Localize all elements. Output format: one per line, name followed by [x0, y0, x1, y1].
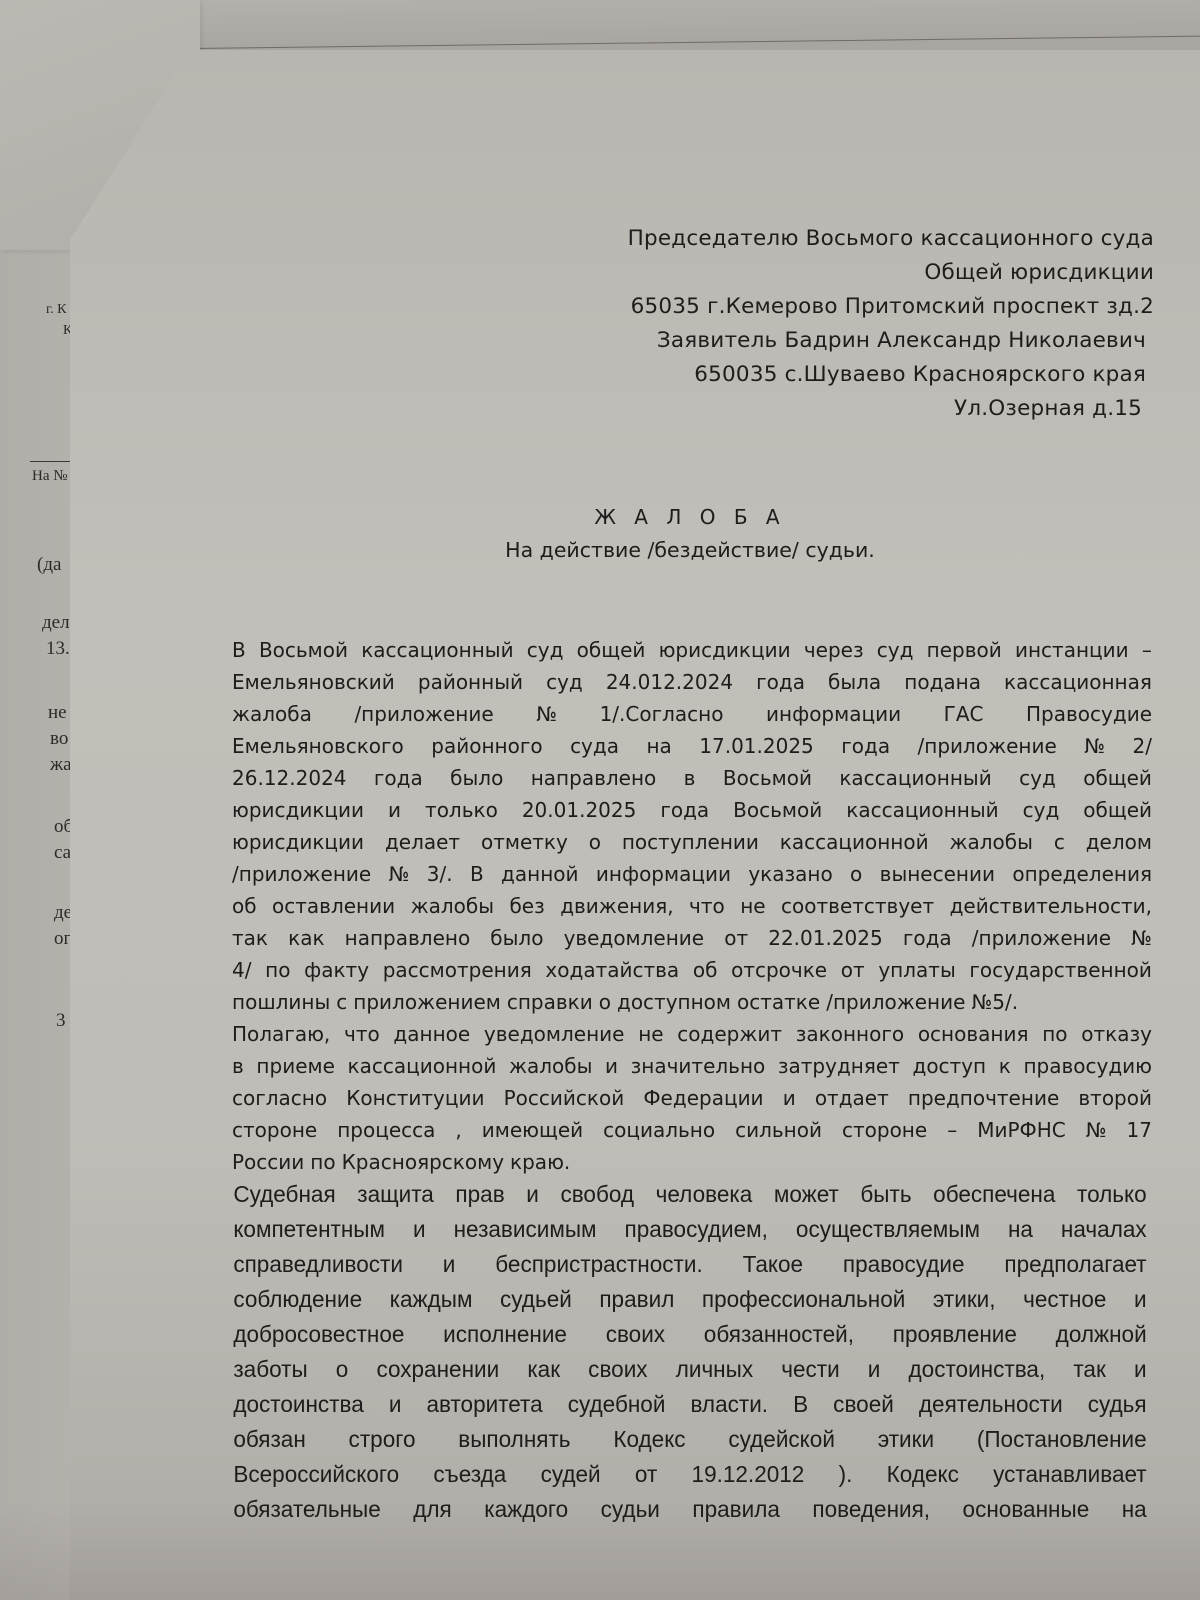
word: направлено: [345, 922, 471, 954]
addressee-line: Ул.Озерная д.15: [534, 392, 1142, 426]
word: направлено: [531, 762, 657, 794]
word: рассмотрения: [383, 954, 532, 986]
word: суда: [570, 730, 619, 762]
word: и: [526, 1177, 539, 1212]
word: уведомление: [564, 922, 705, 954]
text-line: юрисдикцииитолько20.01.2025годаВосьмойка…: [232, 794, 1152, 826]
word: не: [638, 1018, 663, 1050]
word: началах: [1061, 1212, 1147, 1247]
text-line: жалоба/приложение№1/.СогласноинформацииГ…: [232, 698, 1152, 730]
word: как: [288, 922, 324, 954]
word: сильной: [735, 1114, 822, 1146]
word: кассационной: [348, 1050, 497, 1082]
word: без: [509, 890, 544, 922]
word: /приложение: [354, 698, 493, 730]
word: выполнять: [458, 1422, 570, 1457]
word: юрисдикции: [232, 826, 364, 858]
word: оставлении: [272, 890, 395, 922]
word: №: [536, 698, 557, 730]
word: честное: [1023, 1282, 1106, 1317]
text-line: справедливостиибеспристрастности.Такоепр…: [233, 1247, 1146, 1282]
word: общей: [1083, 762, 1152, 794]
word: доступном: [617, 986, 731, 1018]
text-line: юрисдикцииделаетотметкуопоступлениикасса…: [232, 826, 1152, 858]
word: отметку: [481, 826, 568, 858]
word: Всероссийского: [233, 1457, 399, 1492]
text-line: РоссиипоКрасноярскомукраю.: [232, 1146, 1152, 1178]
addressee-line: 650035 с.Шуваево Красноярского края: [534, 358, 1146, 392]
text-line: согласноКонституцииРоссийскойФедерацииио…: [232, 1082, 1152, 1114]
word: только: [1077, 1177, 1147, 1212]
word: имеющей: [482, 1114, 583, 1146]
text-line: заботыосохранениикаксвоихличныхчестиидос…: [233, 1352, 1146, 1387]
word: о: [599, 986, 611, 1018]
word: было: [490, 922, 543, 954]
word: России: [232, 1146, 304, 1178]
word: факту: [304, 954, 369, 986]
word: инстанции: [1015, 634, 1129, 666]
word: устанавливает: [993, 1457, 1146, 1492]
word: должной: [1056, 1317, 1147, 1352]
word: Кодекс: [613, 1422, 685, 1457]
text-line: ВВосьмойкассационныйсудобщейюрисдикцииче…: [232, 634, 1152, 666]
word: 24.012.2024: [606, 666, 733, 698]
addressee-line: 65035 г.Кемерово Притомский проспект зд.…: [534, 290, 1154, 324]
word: чести: [781, 1352, 839, 1387]
word: –: [947, 1114, 957, 1146]
text-line: 4/пофактурассмотренияходатайстваоботсроч…: [232, 954, 1152, 986]
word: и: [868, 1352, 881, 1387]
word: содержит: [677, 1018, 782, 1050]
word: государственной: [969, 954, 1151, 986]
text-line: вприемекассационнойжалобыизначительнозат…: [232, 1050, 1152, 1082]
word: Конституции: [346, 1082, 484, 1114]
word: по: [1042, 1018, 1067, 1050]
word: по: [310, 1146, 335, 1178]
word: заботы: [233, 1352, 307, 1387]
word: /приложение: [918, 730, 1057, 762]
word: отдает: [815, 1082, 889, 1114]
word: подана: [904, 666, 981, 698]
word: кассационный: [839, 762, 991, 794]
word: указано: [748, 858, 832, 890]
word: было: [450, 762, 503, 794]
paragraph-2: Судебнаязащитаправисвободчеловекаможетбы…: [224, 1177, 1156, 1527]
document-subtitle: На действие /бездействие/ судьи.: [0, 538, 1200, 562]
word: так: [1073, 1352, 1105, 1387]
word: 17: [1127, 1114, 1152, 1146]
complaint-document: Председателю Восьмого кассационного суда…: [0, 0, 1200, 1600]
word: и: [783, 1082, 796, 1114]
word: соблюдение: [233, 1282, 362, 1317]
page-shadow: [0, 1500, 1200, 1600]
word: 22.01.2025: [768, 922, 883, 954]
word: о: [850, 858, 862, 890]
word: через: [804, 634, 864, 666]
text-line: таккакнаправленобылоуведомлениеот22.01.2…: [232, 922, 1152, 954]
word: социально: [603, 1114, 715, 1146]
word: правосудие: [843, 1247, 965, 1282]
word: суд: [1019, 762, 1056, 794]
word: суд: [1023, 794, 1060, 826]
paragraph-1: ВВосьмойкассационныйсудобщейюрисдикцииче…: [232, 634, 1152, 1178]
text-line: достоинстваиавторитетасудебнойвласти.Всв…: [233, 1387, 1146, 1422]
word: сохранении: [376, 1352, 499, 1387]
word: жалобы: [411, 890, 494, 922]
word: как: [527, 1352, 560, 1387]
word: года: [903, 922, 952, 954]
word: №: [1131, 922, 1152, 954]
word: от: [841, 954, 865, 986]
word: что: [344, 1018, 380, 1050]
word: первой: [927, 634, 1002, 666]
word: своих: [606, 1317, 665, 1352]
word: вынесении: [880, 858, 995, 890]
word: 17.01.2025: [699, 730, 814, 762]
word: 1/.Согласно: [600, 698, 724, 730]
word: от: [635, 1457, 657, 1492]
word: Емельяновский: [232, 666, 395, 698]
word: и: [443, 1247, 456, 1282]
word: действительности,: [950, 890, 1152, 922]
word: человека: [656, 1177, 753, 1212]
word: –: [1142, 634, 1152, 666]
word: компетентным: [233, 1212, 385, 1247]
word: затрудняет: [778, 1050, 900, 1082]
word: и: [1134, 1282, 1147, 1317]
word: Восьмой: [723, 762, 812, 794]
word: быть: [860, 1177, 911, 1212]
word: уплаты: [878, 954, 955, 986]
word: суд: [527, 634, 564, 666]
word: юрисдикции: [659, 634, 791, 666]
text-line: добросовестноеисполнениесвоихобязанносте…: [233, 1317, 1146, 1352]
word: приеме: [256, 1050, 334, 1082]
word: обеспечена: [933, 1177, 1055, 1212]
word: второй: [1078, 1082, 1152, 1114]
word: процесса: [337, 1114, 435, 1146]
word: судьей: [500, 1282, 572, 1317]
word: №: [1084, 730, 1105, 762]
word: общей: [1083, 794, 1152, 826]
word: ).: [839, 1457, 853, 1492]
word: и: [605, 1050, 618, 1082]
word: своих: [588, 1352, 647, 1387]
text-line: /приложение№3/.Вданнойинформацииуказаноо…: [232, 858, 1152, 890]
word: с: [1054, 826, 1065, 858]
word: года: [841, 730, 890, 762]
text-line: 26.12.2024годабылонаправленовВосьмойкасс…: [232, 762, 1152, 794]
word: 20.01.2025: [522, 794, 637, 826]
word: и: [388, 794, 401, 826]
word: пошлины: [232, 986, 330, 1018]
word: районного: [431, 730, 542, 762]
word: предпочтение: [908, 1082, 1059, 1114]
word: судейской: [728, 1422, 835, 1457]
word: жалобы: [509, 1050, 592, 1082]
word: отсрочке: [731, 954, 827, 986]
word: движения,: [560, 890, 673, 922]
word: ходатайства: [545, 954, 679, 986]
addressee-block: Председателю Восьмого кассационного суда…: [534, 222, 1154, 426]
text-line: соблюдениекаждымсудьейправилпрофессионал…: [233, 1282, 1146, 1317]
word: и: [389, 1387, 402, 1422]
word: авторитета: [426, 1387, 542, 1422]
word: съезда: [433, 1457, 506, 1492]
word: прав: [455, 1177, 504, 1212]
word: года: [660, 794, 709, 826]
word: №: [389, 858, 410, 890]
word: не: [740, 890, 765, 922]
word: Кодекс: [887, 1457, 959, 1492]
word: соответствует: [781, 890, 934, 922]
word: только: [425, 794, 498, 826]
word: судей: [541, 1457, 601, 1492]
word: кассационная: [1004, 666, 1152, 698]
word: согласно: [232, 1082, 327, 1114]
word: достоинства,: [909, 1352, 1046, 1387]
word: кассационный: [846, 794, 998, 826]
word: общей: [577, 634, 646, 666]
word: данное: [393, 1018, 470, 1050]
word: в: [232, 1050, 244, 1082]
word: обязанностей,: [704, 1317, 854, 1352]
text-line: пошлинысприложениемсправкиодоступномоста…: [232, 986, 1152, 1018]
text-line: Полагаю,чтоданноеуведомлениенесодержитза…: [232, 1018, 1152, 1050]
word: защита: [357, 1177, 434, 1212]
text-line: компетентныминезависимымправосудием,осущ…: [233, 1212, 1146, 1247]
word: информации: [766, 698, 901, 730]
word: 2/: [1133, 730, 1152, 762]
word: на: [646, 730, 671, 762]
word: информации: [596, 858, 731, 890]
word: беспристрастности.: [495, 1247, 702, 1282]
word: о: [589, 826, 601, 858]
word: кассационный: [361, 634, 513, 666]
word: Восьмой: [733, 794, 822, 826]
word: с: [336, 986, 347, 1018]
word: так: [232, 922, 268, 954]
word: о: [336, 1352, 349, 1387]
text-line: Емельяновскогорайонногосудана17.01.2025г…: [232, 730, 1152, 762]
word: юрисдикции: [232, 794, 364, 826]
word: проявление: [893, 1317, 1017, 1352]
text-line: Судебнаязащитаправисвободчеловекаможетбы…: [233, 1177, 1146, 1212]
word: №5/.: [971, 986, 1018, 1018]
word: 4/: [232, 954, 251, 986]
word: кассационной: [780, 826, 929, 858]
word: МиРФНС: [977, 1114, 1066, 1146]
word: об: [232, 890, 257, 922]
word: жалобы: [950, 826, 1033, 858]
word: отказу: [1081, 1018, 1152, 1050]
word: Емельяновского: [232, 730, 404, 762]
word: поступлении: [622, 826, 759, 858]
word: суд: [546, 666, 583, 698]
word: обязан: [233, 1422, 305, 1457]
word: добросовестное: [233, 1317, 404, 1352]
text-line: обязанстроговыполнятьКодекссудейскойэтик…: [233, 1422, 1146, 1457]
word: Полагаю,: [232, 1018, 330, 1050]
word: суд: [877, 634, 914, 666]
word: предполагает: [1004, 1247, 1146, 1282]
document-title: Ж А Л О Б А: [0, 505, 1200, 529]
word: этики: [878, 1422, 934, 1457]
word: и: [1134, 1352, 1147, 1387]
word: краю.: [510, 1146, 570, 1178]
addressee-line: Заявитель Бадрин Александр Николаевич: [534, 324, 1146, 358]
word: по: [265, 954, 290, 986]
word: Федерации: [643, 1082, 763, 1114]
word: (Постановление: [977, 1422, 1147, 1457]
word: независимым: [454, 1212, 597, 1247]
word: судебной: [568, 1387, 666, 1422]
word: деятельности: [919, 1387, 1063, 1422]
word: профессиональной: [702, 1282, 905, 1317]
text-line: Емельяновскийрайонныйсуд24.012.2024годаб…: [232, 666, 1152, 698]
word: исполнение: [443, 1317, 567, 1352]
word: В: [793, 1387, 808, 1422]
word: Восьмой: [259, 634, 348, 666]
addressee-line: Председателю Восьмого кассационного суда: [534, 222, 1154, 256]
word: судья: [1088, 1387, 1147, 1422]
word: /приложение: [826, 986, 965, 1018]
word: осуществляемым: [796, 1212, 980, 1247]
word: /приложение: [972, 922, 1111, 954]
word: Российской: [504, 1082, 625, 1114]
text-line: сторонепроцесса,имеющейсоциальносильнойс…: [232, 1114, 1152, 1146]
word: в: [684, 762, 696, 794]
word: уведомление: [484, 1018, 625, 1050]
word: районный: [418, 666, 523, 698]
word: делом: [1086, 826, 1152, 858]
word: к: [999, 1050, 1011, 1082]
word: основания: [918, 1018, 1029, 1050]
word: приложением: [353, 986, 501, 1018]
word: стороне: [842, 1114, 927, 1146]
word: определения: [1012, 858, 1152, 890]
word: правосудием,: [625, 1212, 768, 1247]
word: каждым: [390, 1282, 473, 1317]
word: на: [1008, 1212, 1033, 1247]
word: 26.12.2024: [232, 762, 347, 794]
word: Судебная: [233, 1177, 335, 1212]
word: Красноярскому: [342, 1146, 504, 1178]
word: свобод: [560, 1177, 634, 1212]
word: справки: [507, 986, 593, 1018]
word: правосудию: [1023, 1050, 1152, 1082]
word: от: [724, 922, 748, 954]
word: №: [1086, 1114, 1107, 1146]
word: Такое: [743, 1247, 803, 1282]
addressee-line: Общей юрисдикции: [534, 256, 1154, 290]
word: что: [689, 890, 725, 922]
word: 3/.: [427, 858, 453, 890]
word: года: [374, 762, 423, 794]
word: В: [232, 634, 246, 666]
word: была: [828, 666, 881, 698]
word: может: [774, 1177, 839, 1212]
word: справедливости: [233, 1247, 403, 1282]
word: правил: [599, 1282, 674, 1317]
word: власти.: [690, 1387, 768, 1422]
word: стороне: [232, 1114, 317, 1146]
word: делает: [385, 826, 460, 858]
word: строго: [349, 1422, 416, 1457]
word: данной: [501, 858, 578, 890]
word: значительно: [631, 1050, 766, 1082]
word: Правосудие: [1026, 698, 1152, 730]
word: ,: [455, 1114, 461, 1146]
word: доступ: [912, 1050, 986, 1082]
word: В: [470, 858, 484, 890]
word: /приложение: [232, 858, 371, 890]
word: своей: [833, 1387, 894, 1422]
word: законного: [796, 1018, 904, 1050]
word: ГАС: [944, 698, 984, 730]
text-line: обоставлениижалобыбездвижения,чтонесоотв…: [232, 890, 1152, 922]
word: об: [693, 954, 718, 986]
word: 19.12.2012: [692, 1457, 805, 1492]
word: остатке: [737, 986, 820, 1018]
text-line: Всероссийскогосъездасудейот19.12.2012).К…: [233, 1457, 1146, 1492]
word: и: [413, 1212, 426, 1247]
word: жалоба: [232, 698, 312, 730]
word: года: [756, 666, 805, 698]
word: этики,: [933, 1282, 996, 1317]
word: личных: [676, 1352, 753, 1387]
word: достоинства: [233, 1387, 363, 1422]
